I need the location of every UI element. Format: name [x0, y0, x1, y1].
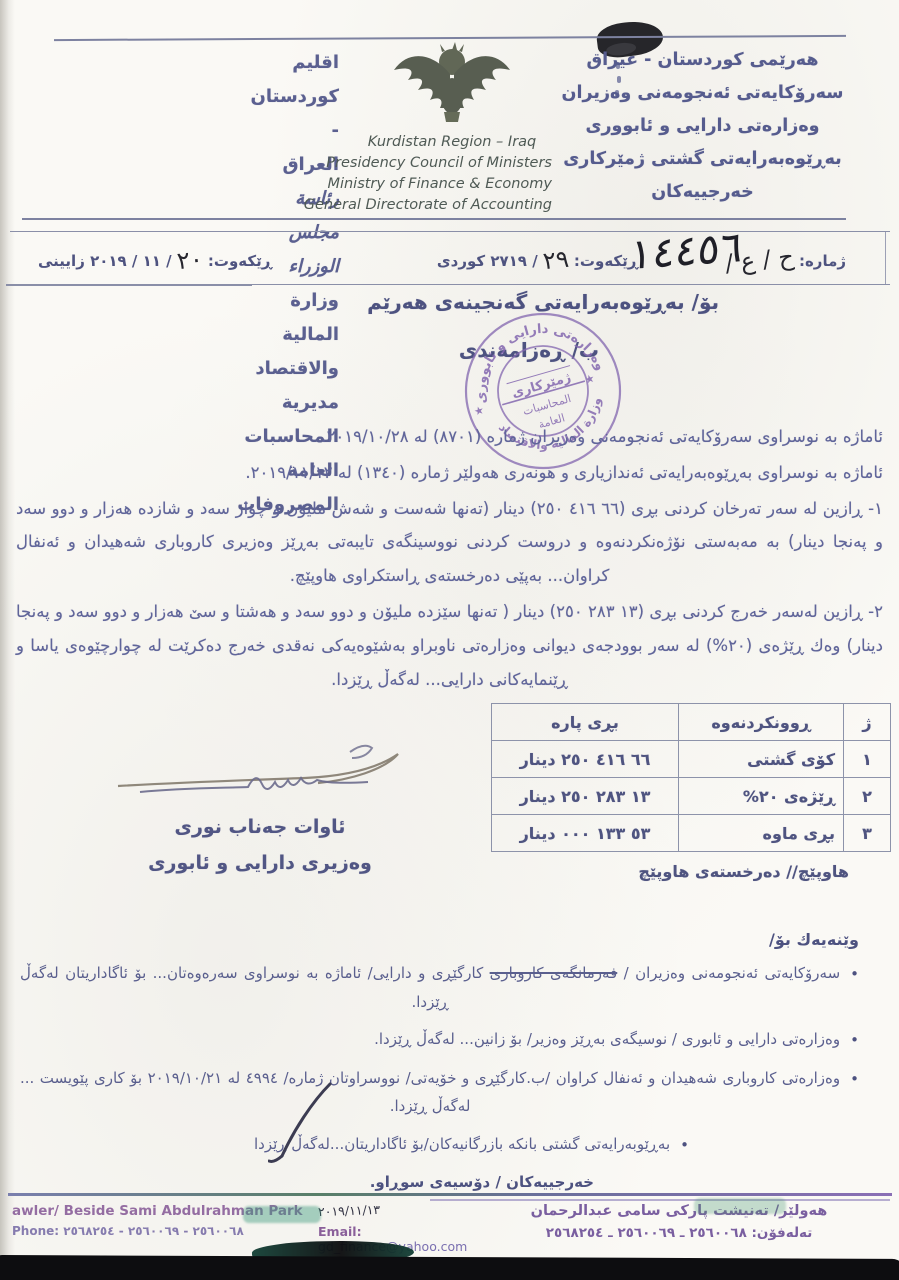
row-desc: ڕێژەی ٢٠% — [679, 778, 844, 815]
footer-divider-secondary — [430, 1199, 890, 1201]
decision-point-1: ١- ڕازین لە سەر تەرخان کردنی بڕی (٦٦ ٤١٦… — [16, 492, 883, 593]
reference-paragraph-2: ئاماژە بە نوسراوی بەڕێوەبەرایەتی ئەندازی… — [16, 456, 883, 490]
teal-highlight-smudge — [243, 1206, 321, 1223]
signatory-name: ئاوات جەناب نوری — [95, 816, 425, 838]
cc-item: • وەزارەتی دارایی و ئابوری / نوسیگەی بەڕ… — [20, 1025, 859, 1055]
footer-address-kurdish: هەولێر/ تەنیشت پارکی سامی عبدالرحمان — [469, 1203, 889, 1219]
scan-edge-bar — [0, 1255, 899, 1280]
header-english-line: Kurdistan Region – Iraq — [352, 132, 552, 153]
row-no: ٢ — [844, 778, 891, 815]
header-kurdish: هەرێمی کوردستان - عیراق سەرۆکایەتی ئەنجو… — [560, 44, 845, 209]
gregorian-day-handwritten: ٢٠ — [175, 245, 204, 276]
table-row: ٢ ڕێژەی ٢٠% ١٣ ٢٨٣ ٢٥٠ دینار — [492, 778, 891, 815]
reference-paragraph-1: ئاماژە بە نوسراوی سەرۆکایەتی ئەنجومەنی و… — [16, 420, 883, 454]
row-no: ١ — [844, 741, 891, 778]
handwritten-signature-icon — [100, 730, 420, 808]
cc-heading: وێنەیەك بۆ/ — [20, 930, 859, 949]
stamp-star-right-icon: ★ — [583, 372, 596, 387]
footer-date-handwritten: ٢٠١٩/١١/١٣ — [318, 1202, 381, 1219]
reference-gregorian-date: ڕێکەوت: ٢٠ / ١١ / ٢٠١٩ زایینی — [38, 244, 272, 272]
cc-item: • سەرۆکایەتی ئەنجومەنی وەزیران / فەرمانگ… — [20, 959, 859, 1016]
header-english-line: Ministry of Finance & Economy — [352, 174, 552, 195]
cc-item: • بەڕێوبەرایەتی گشتی بانکە بازرگانیەکان/… — [20, 1130, 689, 1160]
signature-block: ئاوات جەناب نوری وەزیری دارایی و ئابوری — [95, 730, 425, 874]
header-kurdish-line: بەڕێوەبەرایەتی گشتی ژمێرکاری — [560, 143, 845, 176]
stamp-star-left-icon: ★ — [473, 403, 486, 418]
green-ink-smudge — [694, 1198, 786, 1214]
scanned-official-letter: اقليم كوردستان - العراق رئاسة مجلس الوزر… — [0, 0, 899, 1280]
letter-number-handwritten: ١٤٤٥٦ — [628, 222, 744, 279]
email-label: Email: — [318, 1224, 362, 1239]
signatory-title: وەزیری دارایی و ئابوری — [95, 852, 425, 874]
col-header-desc: ڕوونکردنەوە — [679, 704, 844, 741]
row-desc: کۆی گشتی — [679, 741, 844, 778]
header-kurdish-line: هەرێمی کوردستان - عیراق — [560, 44, 845, 77]
kurdish-day-handwritten: ٢٩ — [542, 245, 571, 276]
row-amount: ٥٣ ١٣٣ ٠٠٠ دینار — [492, 815, 679, 852]
bullet-icon: • — [850, 1025, 859, 1055]
col-header-no: ژ — [844, 704, 891, 741]
reference-kurdish-date: ڕێکەوت: ٢٩ / ٢٧١٩ کوردی — [437, 244, 638, 272]
row-desc: بڕی ماوە — [679, 815, 844, 852]
header-kurdish-line: خەرجییەکان — [560, 176, 845, 209]
reference-number: ژمارە: ح / ع / — [725, 244, 846, 272]
divider — [22, 218, 846, 220]
gregorian-date-printed: / ١١ / ٢٠١٩ زایینی — [38, 252, 172, 270]
cc-item-post: کارگێڕی و دارایی/ ئاماژە بە نوسراوی سەرە… — [20, 964, 490, 1011]
gregorian-date-label: ڕێکەوت: — [208, 252, 272, 270]
table-row: ١ کۆی گشتی ٦٦ ٤١٦ ٢٥٠ دینار — [492, 741, 891, 778]
cc-section: وێنەیەك بۆ/ • سەرۆکایەتی ئەنجومەنی وەزیر… — [20, 930, 859, 1206]
attachment-note: هاوپێچ// دەرخستەی هاوپێچ — [638, 862, 849, 881]
cc-item-pre: سەرۆکایەتی ئەنجومەنی وەزیران / — [617, 964, 840, 982]
col-header-amount: بڕی پارە — [492, 704, 679, 741]
cc-item-text: وەزارەتی کاروباری شەهیدان و ئەنفال کراوا… — [20, 1064, 840, 1121]
bullet-icon: • — [850, 959, 859, 1016]
letter-body: ئاماژە بە نوسراوی سەرۆکایەتی ئەنجومەنی و… — [16, 420, 883, 699]
reference-strip: ژمارە: ح / ع / ڕێکەوت: ٢٩ / ٢٧١٩ کوردی ڕ… — [10, 231, 890, 285]
row-amount: ٦٦ ٤١٦ ٢٥٠ دینار — [492, 741, 679, 778]
scanner-edge-shadow — [0, 0, 15, 1280]
decision-point-2: ٢- ڕازین لەسەر خەرج کردنی بڕی (١٣ ٢٨٣ ٢٥… — [16, 595, 883, 696]
table-row: ٣ بڕی ماوە ٥٣ ١٣٣ ٠٠٠ دینار — [492, 815, 891, 852]
header-center: Kurdistan Region – Iraq Presidency Counc… — [352, 40, 552, 216]
footer-kurdish-contact: هەولێر/ تەنیشت پارکی سامی عبدالرحمان تەل… — [469, 1203, 889, 1241]
kurdistan-eagle-emblem-icon — [388, 40, 516, 126]
header-english-line: Presidency Council of Ministers — [352, 153, 552, 174]
amounts-table: ژ ڕوونکردنەوە بڕی پارە ١ کۆی گشتی ٦٦ ٤١٦… — [491, 703, 891, 852]
handwritten-check-icon — [268, 1078, 338, 1168]
footer-phone-english: Phone: ٢٥٦٠٠٦٨ - ٢٥٦٠٠٦٩ - ٢٥٦٨٢٥٤ — [12, 1224, 312, 1238]
cc-item-text: وەزارەتی دارایی و ئابوری / نوسیگەی بەڕێز… — [374, 1025, 840, 1055]
cc-item: • وەزارەتی کاروباری شەهیدان و ئەنفال کرا… — [20, 1064, 859, 1121]
bullet-icon: • — [680, 1130, 689, 1160]
cc-item-text: سەرۆکایەتی ئەنجومەنی وەزیران / فەرمانگەی… — [20, 959, 840, 1016]
row-amount: ١٣ ٢٨٣ ٢٥٠ دینار — [492, 778, 679, 815]
footer-divider — [8, 1193, 892, 1196]
row-no: ٣ — [844, 815, 891, 852]
phone-label: Phone: — [12, 1224, 59, 1238]
divider — [6, 284, 252, 286]
cc-item-struck-text: فەرمانگەی کاروباری — [490, 964, 618, 982]
header-kurdish-line: سەرۆکایەتی ئەنجومەنی وەزیران — [560, 77, 845, 110]
kurdish-date-printed: / ٢٧١٩ کوردی — [437, 252, 538, 270]
footer-phone-kurdish: تەلەفۆن: ٢٥٦٠٠٦٨ ـ ٢٥٦٠٠٦٩ ـ ٢٥٦٨٢٥٤ — [469, 1225, 889, 1241]
header-kurdish-line: وەزارەتی دارایی و ئابووری — [560, 110, 845, 143]
bullet-icon: • — [850, 1064, 859, 1121]
phone-value: ٢٥٦٠٠٦٨ - ٢٥٦٠٠٦٩ - ٢٥٦٨٢٥٤ — [63, 1224, 244, 1238]
reference-number-label: ژمارە: — [799, 252, 846, 270]
header-english-line: General Directorate of Accounting — [352, 195, 552, 216]
table-header-row: ژ ڕوونکردنەوە بڕی پارە — [492, 704, 891, 741]
